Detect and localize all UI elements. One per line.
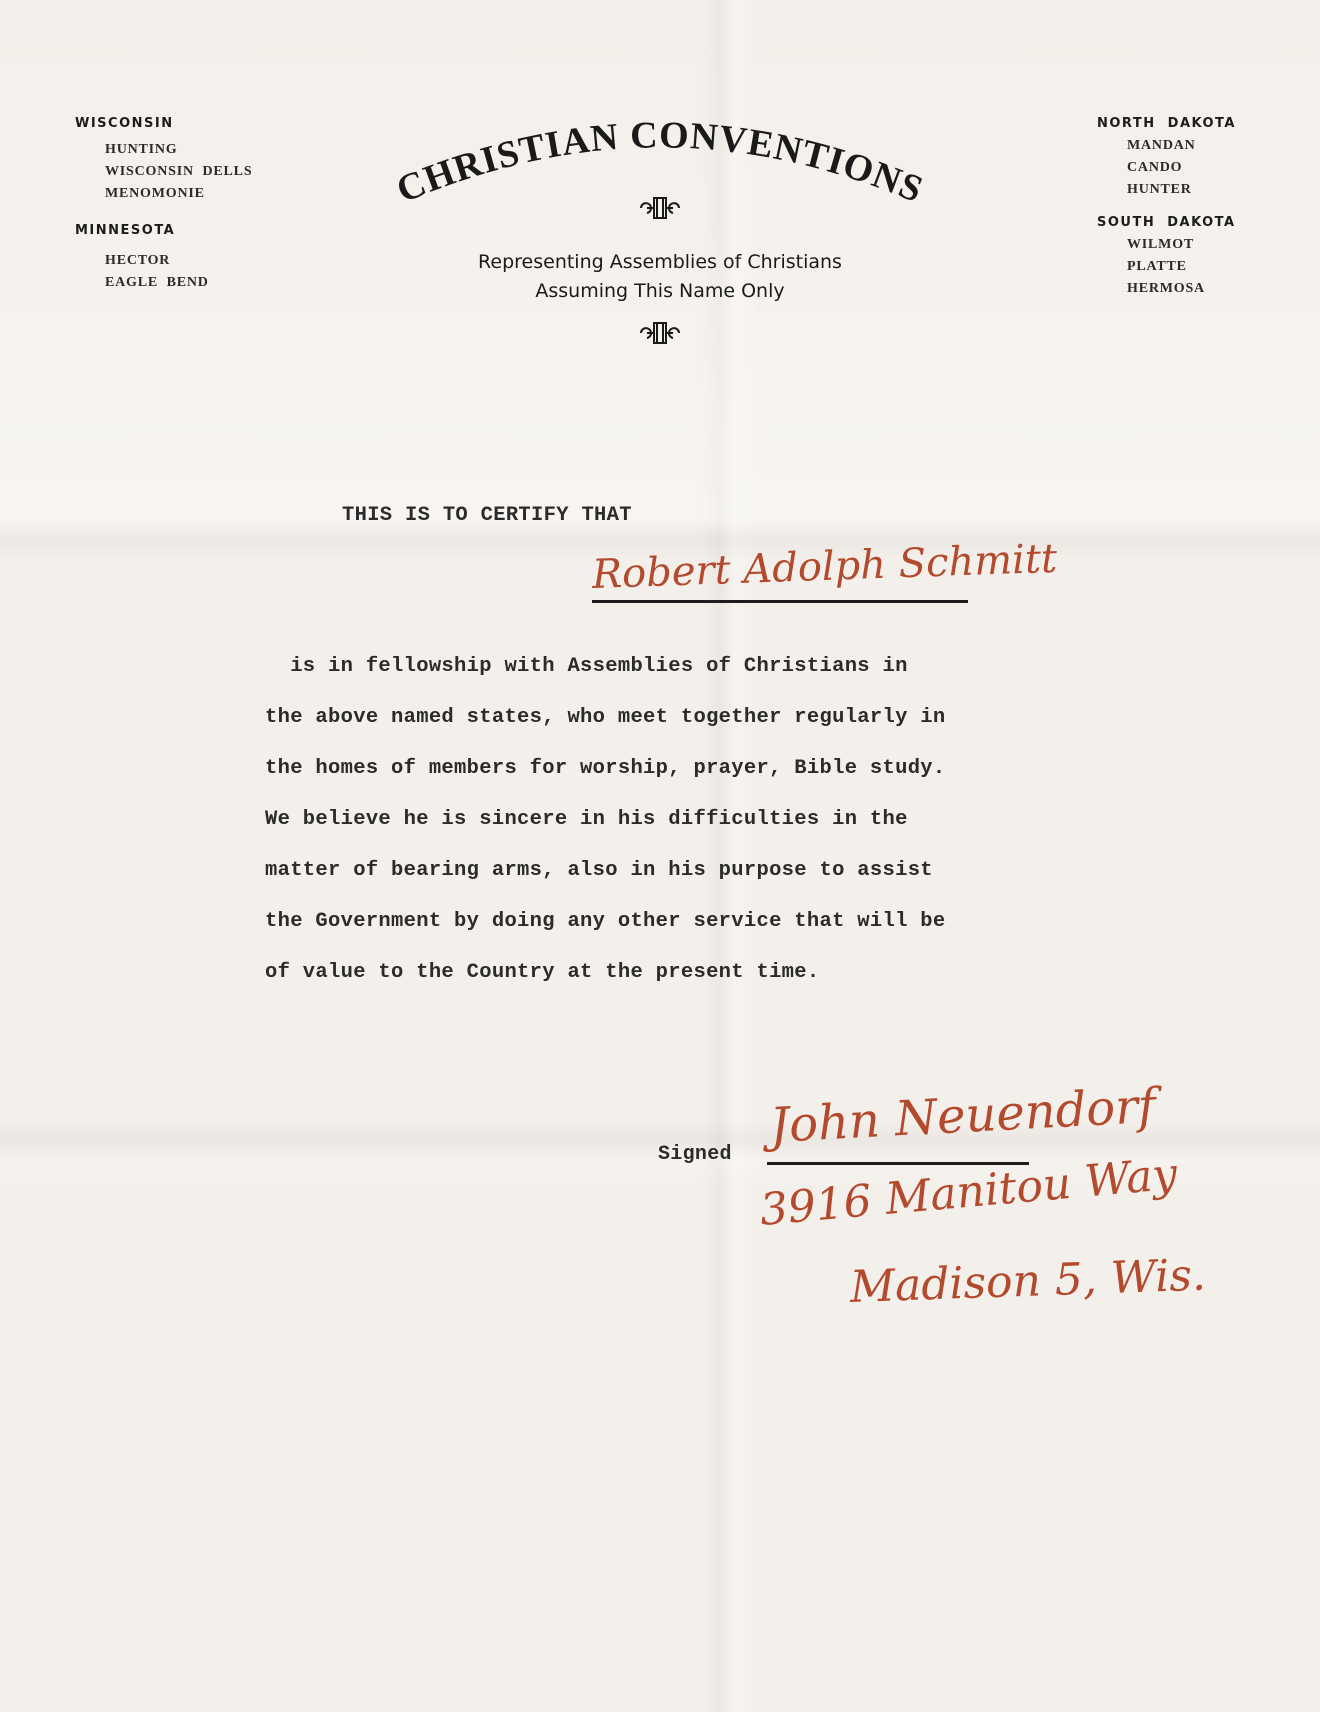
town: HUNTER <box>1127 179 1236 201</box>
certify-heading: THIS IS TO CERTIFY THAT <box>342 504 632 527</box>
tagline-line-1: Representing Assemblies of Christians <box>360 248 960 277</box>
town-list: MANDAN CANDO HUNTER <box>1127 135 1236 201</box>
town-list: HUNTING WISCONSIN DELLS MENOMONIE <box>105 139 252 205</box>
body-line: the Government by doing any other servic… <box>265 910 946 933</box>
state-heading: NORTH DAKOTA <box>1097 116 1236 131</box>
town: MENOMONIE <box>105 183 252 205</box>
town-list: WILMOT PLATTE HERMOSA <box>1127 234 1236 300</box>
signature-handwritten: John Neuendorf <box>769 1078 1158 1154</box>
letterhead-right-column: NORTH DAKOTA MANDAN CANDO HUNTER SOUTH D… <box>1097 116 1236 300</box>
body-line: is in fellowship with Assemblies of Chri… <box>265 655 908 678</box>
town: CANDO <box>1127 157 1236 179</box>
town: EAGLE BEND <box>105 272 252 294</box>
tagline-line-2: Assuming This Name Only <box>360 277 960 306</box>
town: HERMOSA <box>1127 278 1236 300</box>
state-heading: MINNESOTA <box>75 223 252 238</box>
scroll-ornament-icon <box>635 195 685 221</box>
town-list: HECTOR EAGLE BEND <box>105 250 252 294</box>
body-line: the above named states, who meet togethe… <box>265 706 946 729</box>
town: WISCONSIN DELLS <box>105 161 252 183</box>
state-heading: SOUTH DAKOTA <box>1097 215 1236 230</box>
address-line-2-handwritten: Madison 5, Wis. <box>849 1250 1207 1313</box>
letterhead-left-column: WISCONSIN HUNTING WISCONSIN DELLS MENOMO… <box>75 116 252 294</box>
town: MANDAN <box>1127 135 1236 157</box>
recipient-name-handwritten: Robert Adolph Schmitt <box>591 536 1058 598</box>
state-heading: WISCONSIN <box>75 116 252 131</box>
body-line: We believe he is sincere in his difficul… <box>265 808 908 831</box>
body-line: of value to the Country at the present t… <box>265 961 820 984</box>
body-line: the homes of members for worship, prayer… <box>265 757 946 780</box>
signed-label: Signed <box>658 1143 732 1166</box>
body-line: matter of bearing arms, also in his purp… <box>265 859 933 882</box>
town: HECTOR <box>105 250 252 272</box>
town: WILMOT <box>1127 234 1236 256</box>
scroll-ornament-icon <box>635 320 685 346</box>
town: HUNTING <box>105 139 252 161</box>
name-underline <box>592 600 968 603</box>
town: PLATTE <box>1127 256 1236 278</box>
